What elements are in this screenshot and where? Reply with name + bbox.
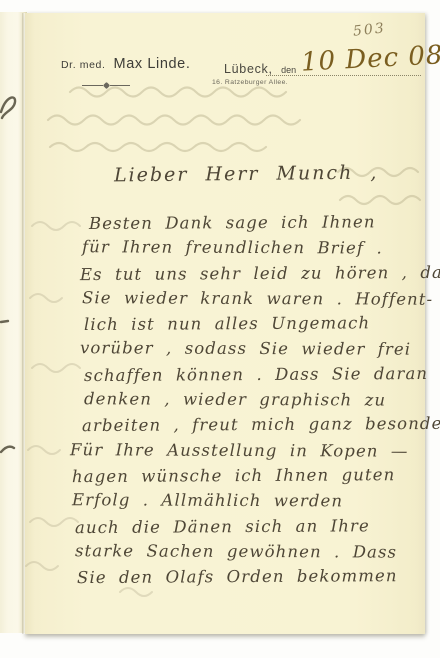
letter-line: starke Sachen gewöhnen . Dass bbox=[75, 538, 431, 565]
letter-body: Besten Dank sage ich Ihnen für Ihren fre… bbox=[79, 210, 431, 589]
pencil-page-number: 503 bbox=[352, 20, 386, 39]
letter-line: Es tut uns sehr leid zu hören , dass bbox=[80, 260, 431, 287]
letter-line: hagen wünsche ich Ihnen guten bbox=[72, 462, 431, 489]
letter-line: Für Ihre Ausstellung in Kopen — bbox=[70, 437, 431, 464]
letter-line: auch die Dänen sich an Ihre bbox=[75, 512, 431, 539]
letter-line: Sie wieder krank waren . Hoffent- bbox=[82, 285, 431, 312]
letter-line: Sie den Olafs Orden bekommen bbox=[77, 563, 431, 590]
letter-line: Besten Dank sage ich Ihnen bbox=[89, 209, 431, 236]
sender-name: Max Linde. bbox=[114, 56, 191, 72]
letter-line: vorüber , sodass Sie wieder frei bbox=[80, 336, 431, 363]
letterhead-sender: Dr. med. Max Linde. bbox=[61, 55, 190, 73]
letter-line: lich ist nun alles Ungemach bbox=[84, 310, 431, 337]
salutation: Lieber Herr Munch , bbox=[114, 162, 379, 187]
letter-line: Erfolg . Allmählich werden bbox=[72, 487, 431, 514]
letter-line: für Ihren freundlichen Brief . bbox=[82, 235, 431, 262]
diamond-ornament-icon bbox=[102, 82, 109, 89]
letter-line: schaffen können . Dass Sie daran bbox=[84, 361, 431, 388]
letterhead-street-line: 16. Ratzeburger Allee. bbox=[212, 79, 288, 86]
paper-fold-crease bbox=[22, 13, 25, 634]
letter-line: denken , wieder graphisch zu bbox=[84, 386, 431, 413]
sender-title: Dr. med. bbox=[61, 59, 105, 71]
letter-line: arbeiten , freut mich ganz besonders . bbox=[82, 411, 431, 438]
scanned-letter-page: Dr. med. Max Linde. Lübeck, den 16. Ratz… bbox=[0, 0, 440, 658]
letterhead-ornament bbox=[82, 82, 130, 89]
